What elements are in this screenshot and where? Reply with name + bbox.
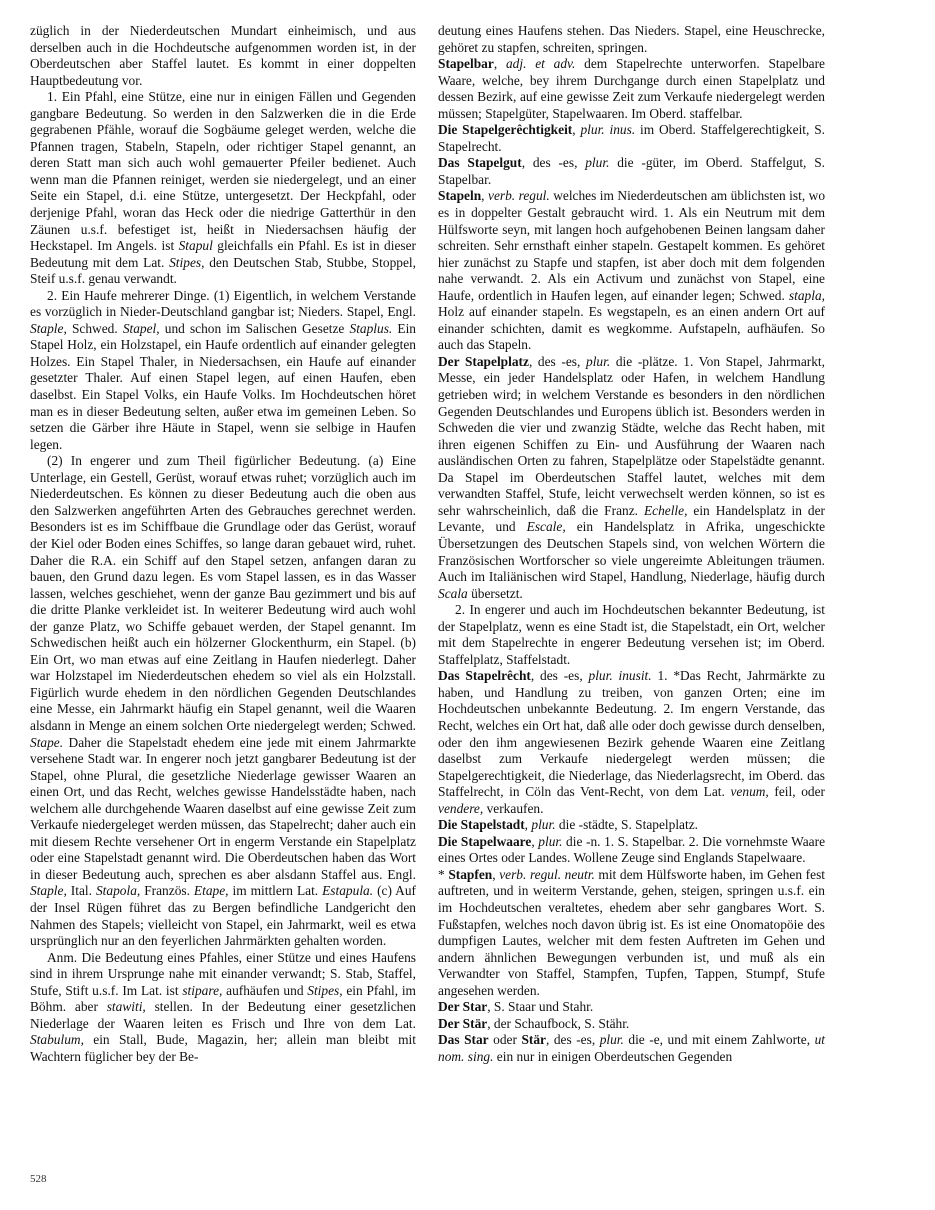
body-text: * [438,867,448,882]
body-text: die -städte, S. Stapelplatz. [556,817,698,832]
italic-term: Stipes, [307,983,342,998]
body-text: Schwed. [67,321,123,336]
italic-term: Stabulum, [30,1032,84,1047]
body-text: , der Schaufbock, S. Stähr. [487,1016,629,1031]
body-text: Daher die Stapelstadt ehedem eine jede m… [30,735,416,882]
italic-term: Etape, [194,883,229,898]
body-text: deutung eines Haufens stehen. Das Nieder… [438,23,825,55]
italic-term: plur. [538,834,562,849]
italic-term: vendere, [438,801,483,816]
italic-term: Stapola, [96,883,140,898]
body-text: (2) In engerer und zum Theil figürlicher… [30,453,416,733]
dictionary-page: züglich in der Niederdeutschen Mundart e… [0,0,935,1210]
body-text: und schon im Salischen Gesetze [160,321,350,336]
paragraph: züglich in der Niederdeutschen Mundart e… [30,23,416,89]
body-text: feil, oder [769,784,825,799]
italic-term: plur. [586,354,610,369]
body-text: , des -es, [546,1032,600,1047]
headword: Der Star [438,999,487,1014]
body-text: die -e, und mit einem Zahl­worte, [624,1032,815,1047]
headword: Stapelbar [438,56,494,71]
body-text: , [481,188,488,203]
italic-term: plur. [585,155,609,170]
body-text: 2. In engerer und auch im Hochdeutschen … [438,602,825,667]
italic-term: plur. inusit. [589,668,652,683]
body-text: im mittlern Lat. [229,883,323,898]
body-text: welches im Niederdeutschen am üblichsten… [438,188,825,302]
headword: Das Stapelgut [438,155,522,170]
italic-term: Staplus. [350,321,393,336]
page-number: 528 [30,1173,47,1185]
body-text: 1. Ein Pfahl, eine Stütze, eine nur in e… [30,89,416,253]
dictionary-entry: Das Stapelgut, des -es, plur. die -güter… [438,155,825,188]
body-text: , des -es, [529,354,586,369]
italic-term: Stapel, [123,321,160,336]
italic-term: stawiti, [107,999,146,1014]
italic-term: adj. et adv. [506,56,575,71]
dictionary-entry: deutung eines Haufens stehen. Das Nieder… [438,23,825,56]
body-text: , des -es, [531,668,589,683]
italic-term: Stape. [30,735,63,750]
italic-term: Staple, [30,883,67,898]
body-text: Ital. [67,883,96,898]
body-text: aufhäufen und [222,983,307,998]
body-text: verkaufen. [483,801,543,816]
body-text: über­setzt. [468,586,523,601]
headword: Die Stapelgerêchtigkeit [438,122,572,137]
italic-term: venum, [730,784,768,799]
body-text: Holz auf einander stapeln. Es wegstapeln… [438,304,825,352]
headword: Stapeln [438,188,481,203]
paragraph: 1. Ein Pfahl, eine Stütze, eine nur in e… [30,89,416,288]
headword: Stär [521,1032,546,1047]
body-text: mit dem Hülfsworte haben, im Gehen fest … [438,867,825,998]
paragraph: 2. Ein Haufe mehrerer Dinge. (1) Eigentl… [30,288,416,453]
italic-term: Stipes, [169,255,204,270]
headword: Das Star [438,1032,489,1047]
dictionary-entry: Der Stapelplatz, des -es, plur. die -plä… [438,354,825,602]
italic-term: verb. regul. neutr. [499,867,595,882]
dictionary-entry: 2. In engerer und auch im Hochdeutschen … [438,602,825,668]
italic-term: Stapul [179,238,213,253]
body-text: die -plätze. 1. Von Stapel, Jahrmarkt, M… [438,354,825,518]
headword: Die Stapelwaare [438,834,531,849]
italic-term: Escale, [527,519,566,534]
headword: Die Stapelstadt [438,817,525,832]
italic-term: Staple, [30,321,67,336]
italic-term: plur. [600,1032,624,1047]
right-column: deutung eines Haufens stehen. Das Nieder… [438,23,825,1065]
italic-term: Scala [438,586,468,601]
paragraph: Anm. Die Bedeutung eines Pfahles, einer … [30,950,416,1066]
body-text: , S. Staar und Stahr. [487,999,593,1014]
body-text: ein Stall, Bude, Maga­zin, her; allein m… [30,1032,416,1064]
dictionary-entry: * Stapfen, verb. regul. neutr. mit dem H… [438,867,825,999]
headword: Der Stär [438,1016,487,1031]
body-text: 1. *Das Recht, Jahrmärk­te zu haben, und… [438,668,825,799]
paragraph: (2) In engerer und zum Theil figürlicher… [30,453,416,949]
dictionary-entry: Die Stapelstadt, plur. die -städte, S. S… [438,817,825,834]
dictionary-entry: Stapeln, verb. regul. welches im Niederd… [438,188,825,353]
italic-term: Estapula. [322,883,373,898]
dictionary-entry: Der Stär, der Schaufbock, S. Stähr. [438,1016,825,1033]
italic-term: stapla, [789,288,825,303]
body-text: oder [489,1032,522,1047]
headword: Das Stapelrêcht [438,668,531,683]
headword: Stapfen [448,867,492,882]
body-text: züglich in der Niederdeutschen Mundart e… [30,23,416,88]
dictionary-entry: Die Stapelgerêchtigkeit, plur. inus. im … [438,122,825,155]
body-text: 2. Ein Haufe mehrerer Dinge. (1) Eigentl… [30,288,416,320]
left-column: züglich in der Niederdeutschen Mundart e… [30,23,416,1065]
italic-term: plur. inus. [580,122,635,137]
dictionary-entry: Die Stapelwaare, plur. die -n. 1. S. Sta… [438,834,825,867]
italic-term: plur. [531,817,555,832]
body-text: , [494,56,506,71]
dictionary-entry: Das Star oder Stär, des -es, plur. die -… [438,1032,825,1065]
body-text: Ein Stapel Holz, ein Holzstapel, ein Hau… [30,321,416,452]
body-text: ein nur in einigen Oberdeutschen Gegende… [493,1049,732,1064]
dictionary-entry: Stapelbar, adj. et adv. dem Stapelrechte… [438,56,825,122]
body-text: Französ. [140,883,194,898]
italic-term: verb. regul. [488,188,550,203]
headword: Der Stapelplatz [438,354,529,369]
dictionary-entry: Das Stapelrêcht, des -es, plur. inusit. … [438,668,825,817]
body-text: , des -es, [522,155,586,170]
italic-term: Echelle, [644,503,688,518]
italic-term: stipare, [182,983,222,998]
dictionary-entry: Der Star, S. Staar und Stahr. [438,999,825,1016]
